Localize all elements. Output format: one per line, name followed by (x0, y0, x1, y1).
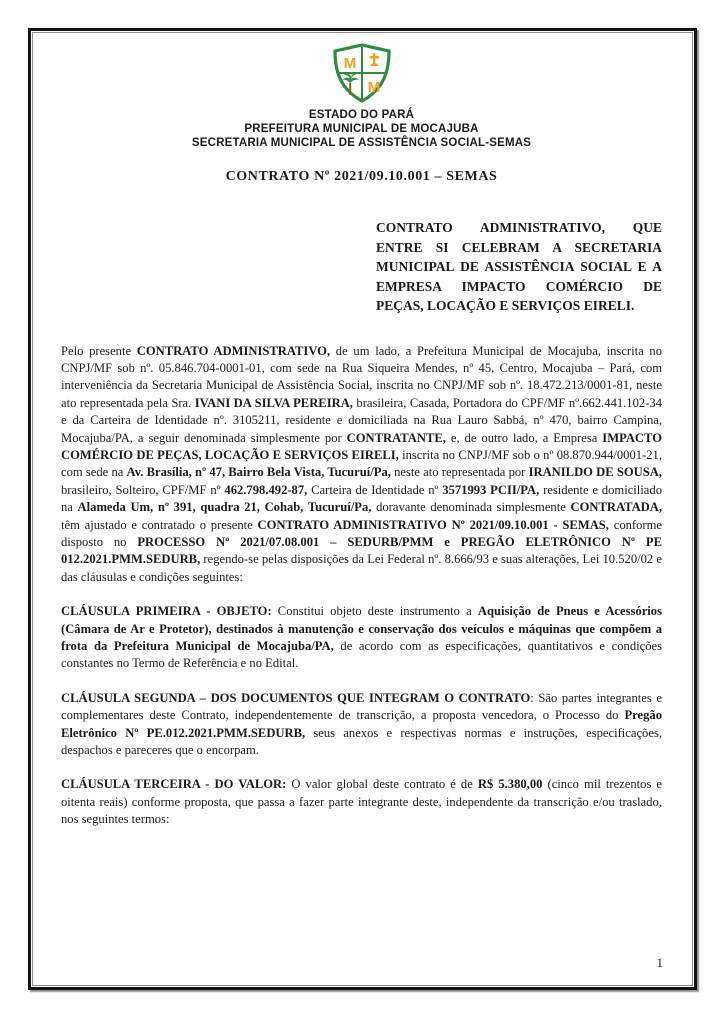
opening-paragraph: Pelo presente CONTRATO ADMINISTRATIVO, d… (61, 343, 662, 587)
letterhead: ESTADO DO PARÁ PREFEITURA MUNICIPAL DE M… (61, 108, 662, 150)
crest-letter-m-top-left: M (343, 55, 356, 72)
contract-number-title: CONTRATO Nº 2021/09.10.001 – SEMAS (61, 169, 662, 185)
clause-primeira-paragraph: CLÁUSULA PRIMEIRA - OBJETO: Constitui ob… (61, 603, 662, 673)
org-name-prefeitura: PREFEITURA MUNICIPAL DE MOCAJUBA (61, 122, 662, 136)
org-name-state: ESTADO DO PARÁ (61, 108, 662, 122)
crest-letter-m-bottom-right: M (367, 79, 380, 96)
municipal-crest-icon: M M (329, 43, 395, 103)
org-name-secretaria: SECRETARIA MUNICIPAL DE ASSISTÊNCIA SOCI… (61, 136, 662, 150)
document-content: M M ESTADO DO PARÁ PREFEITURA MUNICIPAL … (31, 31, 694, 987)
contract-summary-block: CONTRATO ADMINISTRATIVO, QUE ENTRE SI CE… (376, 218, 662, 316)
clause-segunda-paragraph: CLÁUSULA SEGUNDA – DOS DOCUMENTOS QUE IN… (61, 690, 662, 760)
page-border-frame: M M ESTADO DO PARÁ PREFEITURA MUNICIPAL … (28, 28, 697, 990)
page-number: 1 (657, 955, 664, 971)
logo-container: M M (61, 43, 662, 105)
clause-terceira-paragraph: CLÁUSULA TERCEIRA - DO VALOR: O valor gl… (61, 776, 662, 828)
